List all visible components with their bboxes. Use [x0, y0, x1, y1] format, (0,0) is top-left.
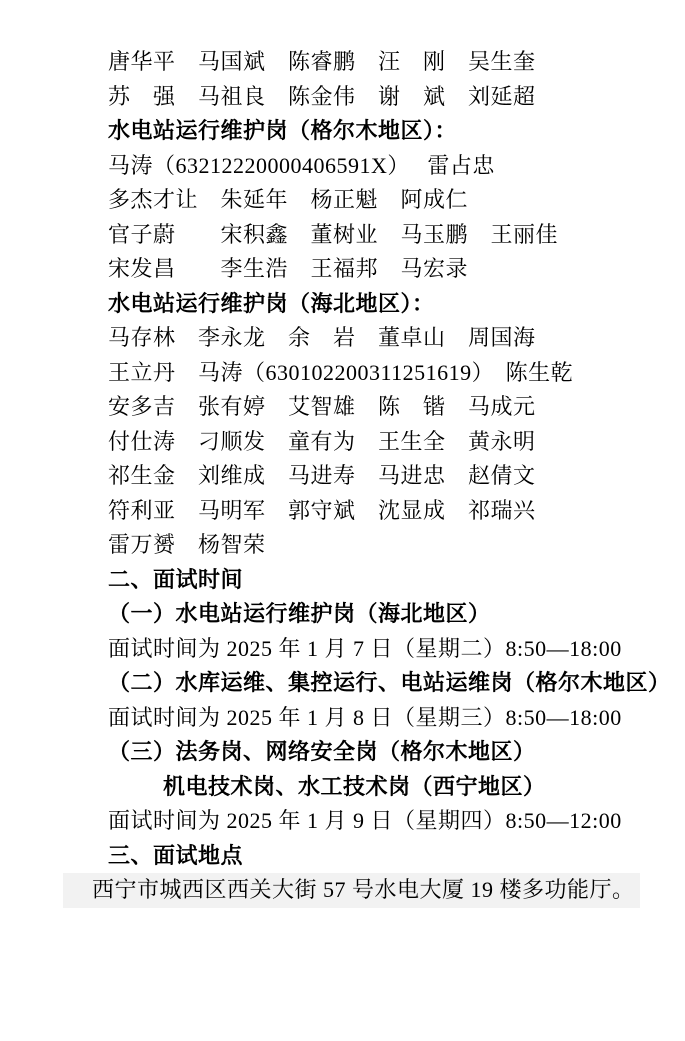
candidate-names-line: 祁生金 刘维成 马进寿 马进忠 赵倩文	[0, 459, 685, 494]
candidate-names-line: 官子蔚 宋积鑫 董树业 马玉鹏 王丽佳	[0, 218, 685, 253]
section-heading-interview-location: 三、面试地点	[0, 839, 685, 874]
job-heading-geermu: 水电站运行维护岗（格尔木地区）：	[0, 114, 685, 149]
document-body: 唐华平 马国斌 陈睿鹏 汪 刚 吴生奎苏 强 马祖良 陈金伟 谢 斌 刘延超水电…	[0, 45, 685, 908]
interview-group-heading: （二）水库运维、集控运行、电站运维岗（格尔木地区）	[0, 666, 685, 701]
interview-group-heading: （三）法务岗、网络安全岗（格尔木地区）	[0, 735, 685, 770]
candidate-names-line: 安多吉 张有婷 艾智雄 陈 锴 马成元	[0, 390, 685, 425]
job-heading-haibei: 水电站运行维护岗（海北地区）：	[0, 287, 685, 322]
interview-location-line: 西宁市城西区西关大街 57 号水电大厦 19 楼多功能厅。	[63, 873, 640, 908]
interview-time-line: 面试时间为 2025 年 1 月 7 日（星期二）8:50—18:00	[0, 632, 685, 667]
interview-time-line: 面试时间为 2025 年 1 月 8 日（星期三）8:50—18:00	[0, 701, 685, 736]
section-heading-interview-time: 二、面试时间	[0, 563, 685, 598]
candidate-names-line: 唐华平 马国斌 陈睿鹏 汪 刚 吴生奎	[0, 45, 685, 80]
candidate-names-line: 宋发昌 李生浩 王福邦 马宏录	[0, 252, 685, 287]
candidate-names-line: 马存林 李永龙 余 岩 董卓山 周国海	[0, 321, 685, 356]
candidate-names-line: 马涛（63212220000406591X） 雷占忠	[0, 149, 685, 184]
interview-group-heading-continued: 机电技术岗、水工技术岗（西宁地区）	[0, 770, 685, 805]
candidate-names-line: 雷万赟 杨智荣	[0, 528, 685, 563]
candidate-names-line: 符利亚 马明军 郭守斌 沈显成 祁瑞兴	[0, 494, 685, 529]
interview-time-line: 面试时间为 2025 年 1 月 9 日（星期四）8:50—12:00	[0, 804, 685, 839]
candidate-names-line: 多杰才让 朱延年 杨正魁 阿成仁	[0, 183, 685, 218]
candidate-names-line: 王立丹 马涛（630102200311251619） 陈生乾	[0, 356, 685, 391]
candidate-names-line: 付仕涛 刁顺发 童有为 王生全 黄永明	[0, 425, 685, 460]
candidate-names-line: 苏 强 马祖良 陈金伟 谢 斌 刘延超	[0, 80, 685, 115]
document-page: 唐华平 马国斌 陈睿鹏 汪 刚 吴生奎苏 强 马祖良 陈金伟 谢 斌 刘延超水电…	[0, 0, 685, 1041]
interview-group-heading: （一）水电站运行维护岗（海北地区）	[0, 597, 685, 632]
